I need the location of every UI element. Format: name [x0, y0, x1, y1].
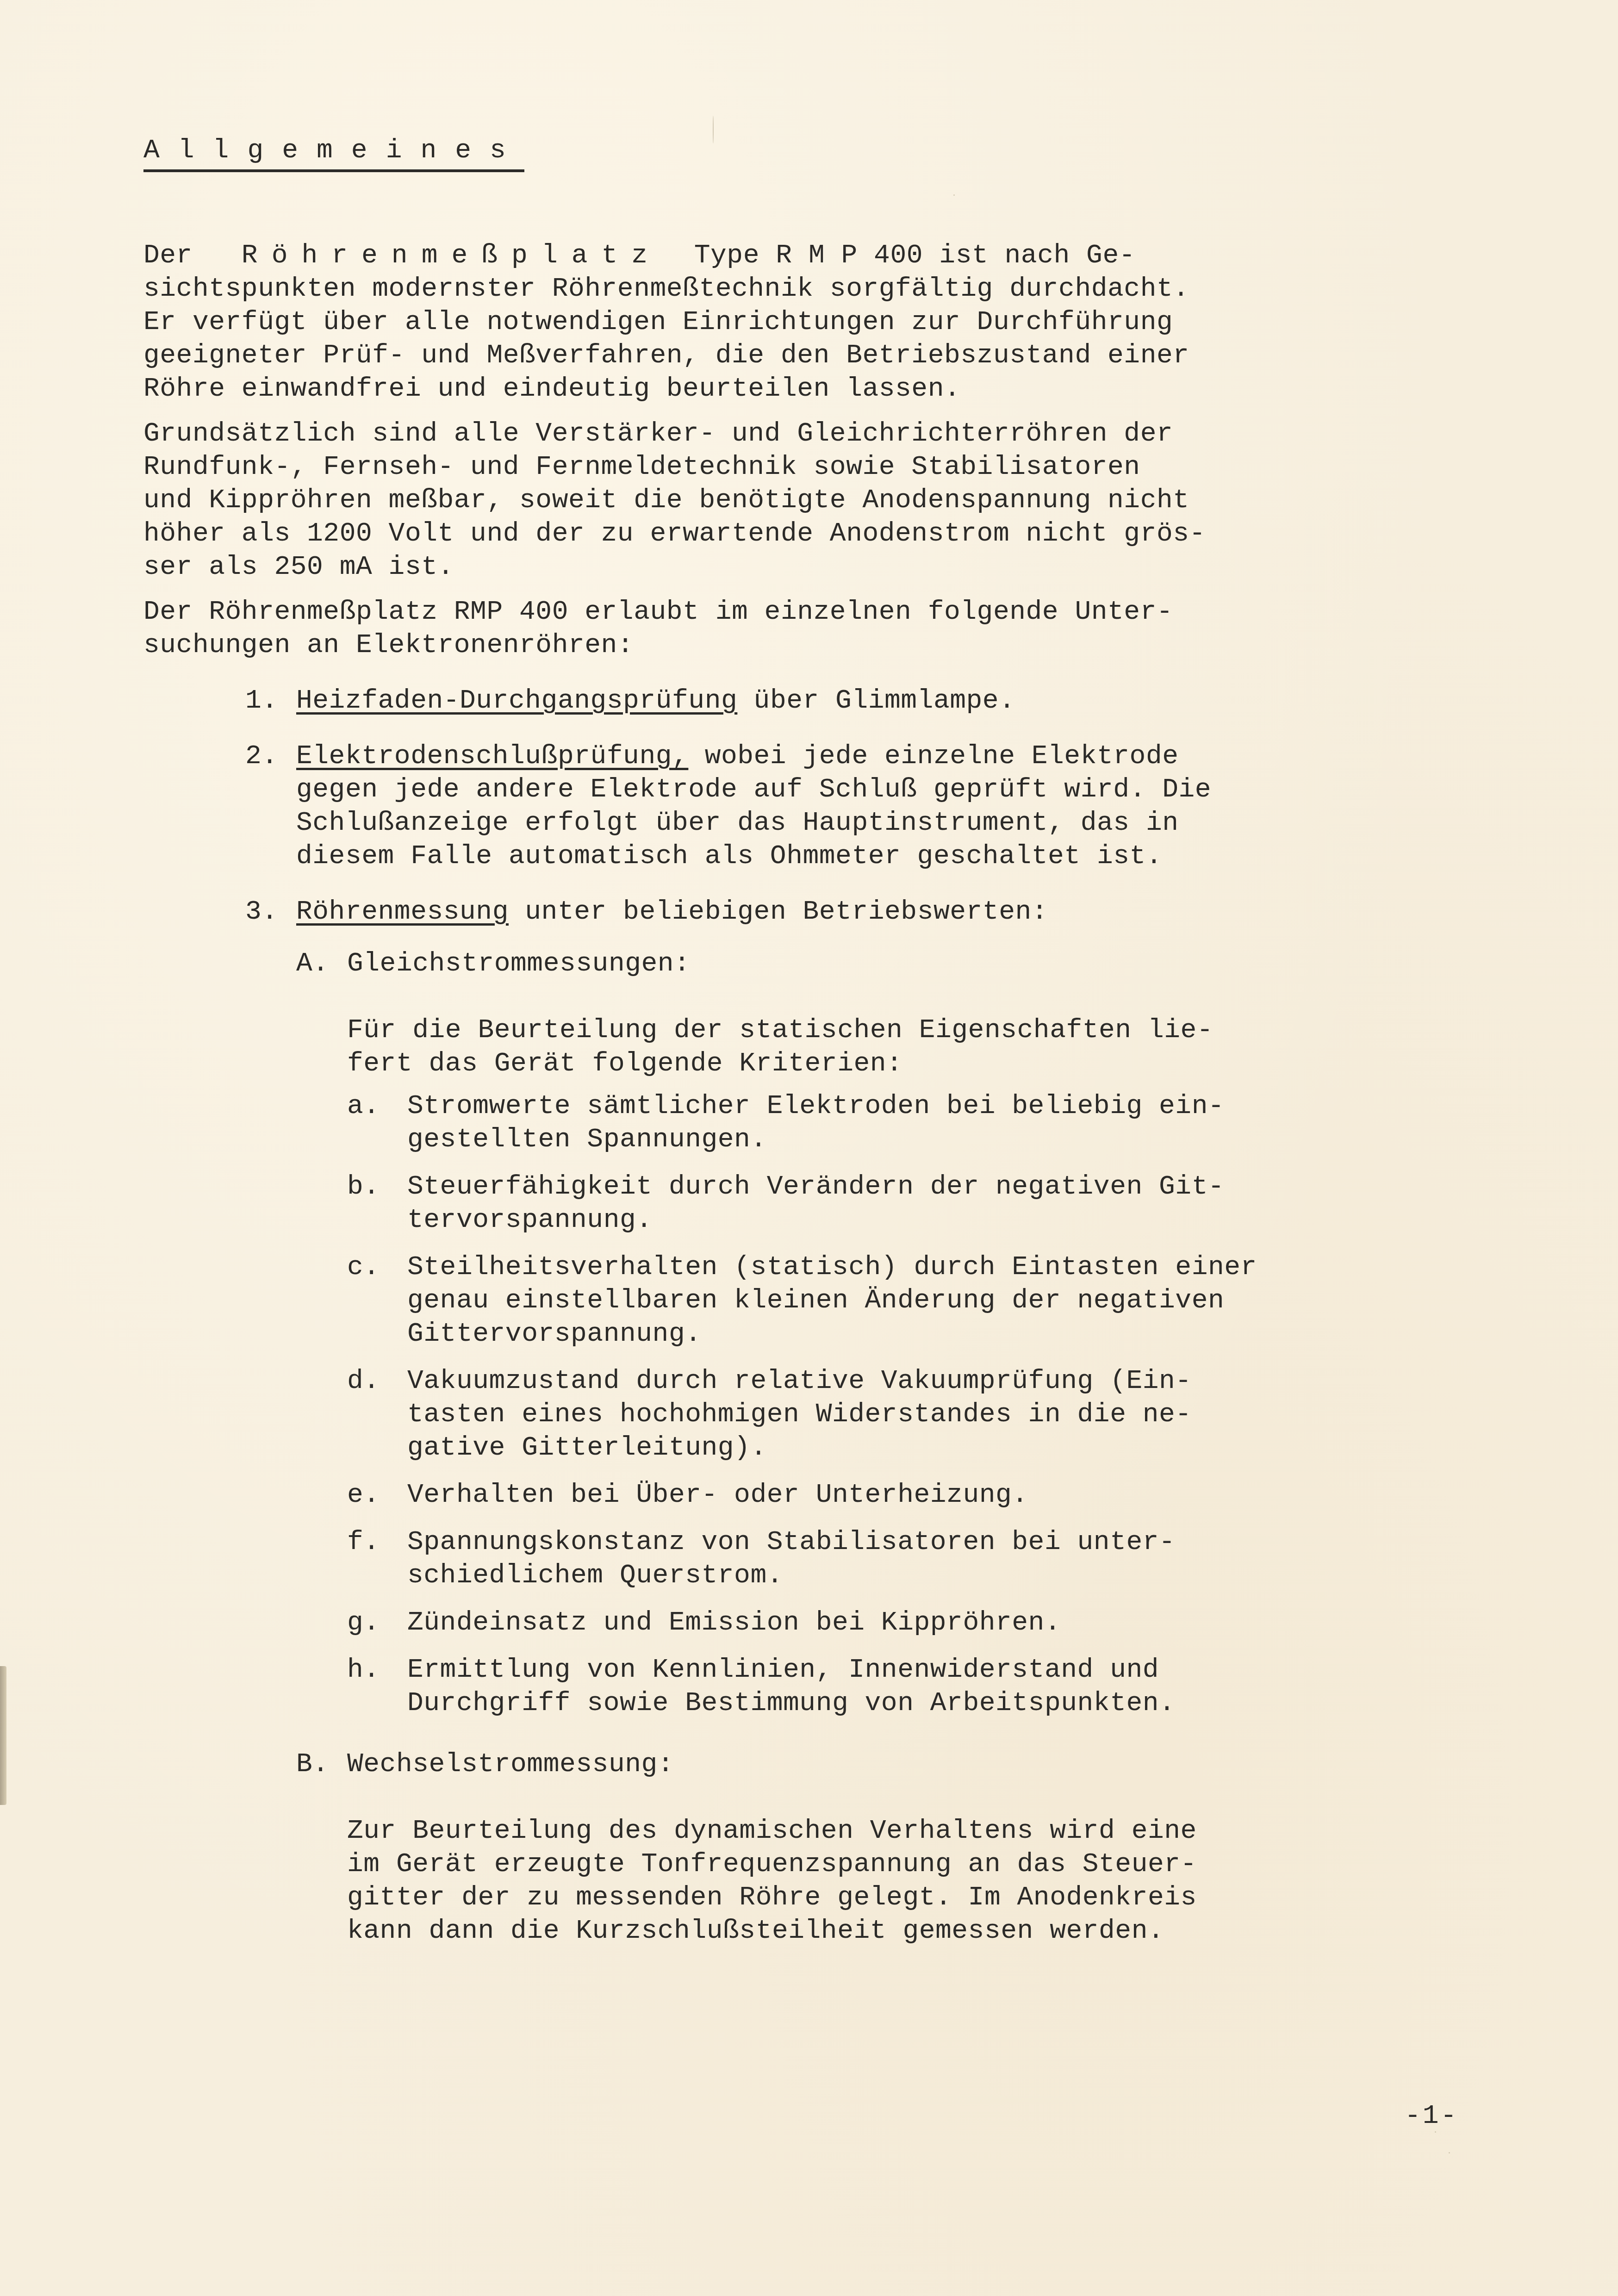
- section-b-text: Zur Beurteilung des dynamischen Verhalte…: [347, 1815, 1486, 1948]
- underlined-term: Heizfaden-Durchgangsprüfung: [296, 686, 737, 716]
- device-name-spaced: Röhrenmeßplatz: [242, 241, 661, 271]
- criterion-b: b. Steuerfähigkeit durch Verändern der n…: [347, 1170, 1486, 1237]
- paragraph-line: geeigneter Prüf- und Meßverfahren, die d…: [143, 339, 1486, 373]
- paragraph-line: Der Röhrenmeßplatz RMP 400 erlaubt im ei…: [143, 596, 1486, 629]
- criterion-c: c. Steilheitsverhalten (statisch) durch …: [347, 1251, 1486, 1351]
- criterion-a: a. Stromwerte sämtlicher Elektroden bei …: [347, 1090, 1486, 1157]
- paragraph-line: gegen jede andere Elektrode auf Schluß g…: [296, 773, 1486, 807]
- section-b-heading: B. Wechselstrommessung:: [296, 1748, 1486, 1781]
- section-a: A. Gleichstrommessungen: Für die Beurtei…: [296, 947, 1486, 1948]
- paragraph-line: Der Röhrenmeßplatz Type R M P 400 ist na…: [143, 239, 1486, 273]
- criterion-g: g. Zündeinsatz und Emission bei Kippröhr…: [347, 1606, 1486, 1640]
- intro-paragraph-2: Grundsätzlich sind alle Verstärker- und …: [143, 417, 1486, 584]
- paragraph-line: Er verfügt über alle notwendigen Einrich…: [143, 306, 1486, 339]
- criterion-h: h. Ermittlung von Kennlinien, Innenwider…: [347, 1654, 1486, 1720]
- intro-paragraph-1: Der Röhrenmeßplatz Type R M P 400 ist na…: [143, 239, 1486, 406]
- criterion-d: d. Vakuumzustand durch relative Vakuumpr…: [347, 1365, 1486, 1465]
- item-number: 1.: [245, 684, 296, 718]
- paragraph-line: diesem Falle automatisch als Ohmmeter ge…: [296, 840, 1486, 873]
- criterion-f: f. Spannungskonstanz von Stabilisatoren …: [347, 1526, 1486, 1593]
- paragraph-line: höher als 1200 Volt und der zu erwartend…: [143, 517, 1486, 551]
- paragraph-line: sichtspunkten modernster Röhrenmeßtechni…: [143, 273, 1486, 306]
- list-item-1: 1. Heizfaden-Durchgangsprüfung über Glim…: [245, 684, 1486, 718]
- paragraph-line: suchungen an Elektronenröhren:: [143, 629, 1486, 662]
- numbered-list: 1. Heizfaden-Durchgangsprüfung über Glim…: [245, 684, 1486, 929]
- document-body: Allgemeines Der Röhrenmeßplatz Type R M …: [143, 134, 1486, 1957]
- paper-speck: [953, 194, 955, 196]
- section-heading: Allgemeines: [143, 134, 524, 172]
- paragraph-line: Grundsätzlich sind alle Verstärker- und …: [143, 417, 1486, 451]
- binding-edge-mark: [0, 1666, 6, 1805]
- paragraph-line: Röhre einwandfrei und eindeutig beurteil…: [143, 373, 1486, 406]
- paragraph-line: Rundfunk-, Fernseh- und Fernmeldetechnik…: [143, 451, 1486, 484]
- underlined-term: Elektrodenschlußprüfung,: [296, 741, 688, 772]
- list-item-3: 3. Röhrenmessung unter beliebigen Betrie…: [245, 896, 1486, 929]
- paragraph-line: Schlußanzeige erfolgt über das Hauptinst…: [296, 807, 1486, 840]
- page-number: -1-: [1405, 2101, 1458, 2131]
- paper-page: Allgemeines Der Röhrenmeßplatz Type R M …: [0, 0, 1618, 2296]
- paragraph-line: ser als 250 mA ist.: [143, 551, 1486, 584]
- intro-paragraph-3: Der Röhrenmeßplatz RMP 400 erlaubt im ei…: [143, 596, 1486, 662]
- criterion-e: e. Verhalten bei Über- oder Unterheizung…: [347, 1479, 1486, 1512]
- underlined-term: Röhrenmessung: [296, 897, 509, 927]
- section-a-intro: Für die Beurteilung der statischen Eigen…: [347, 1014, 1486, 1081]
- paper-speck: [1435, 2131, 1436, 2133]
- item-number: 2.: [245, 740, 296, 873]
- list-item-2: 2. Elektrodenschlußprüfung, wobei jede e…: [245, 740, 1486, 873]
- item-number: 3.: [245, 896, 296, 929]
- paper-speck: [713, 116, 714, 143]
- paragraph-line: und Kippröhren meßbar, soweit die benöti…: [143, 484, 1486, 517]
- criteria-list: a. Stromwerte sämtlicher Elektroden bei …: [347, 1090, 1486, 1720]
- paper-speck: [1449, 2152, 1450, 2153]
- section-a-heading: A. Gleichstrommessungen:: [296, 947, 1486, 981]
